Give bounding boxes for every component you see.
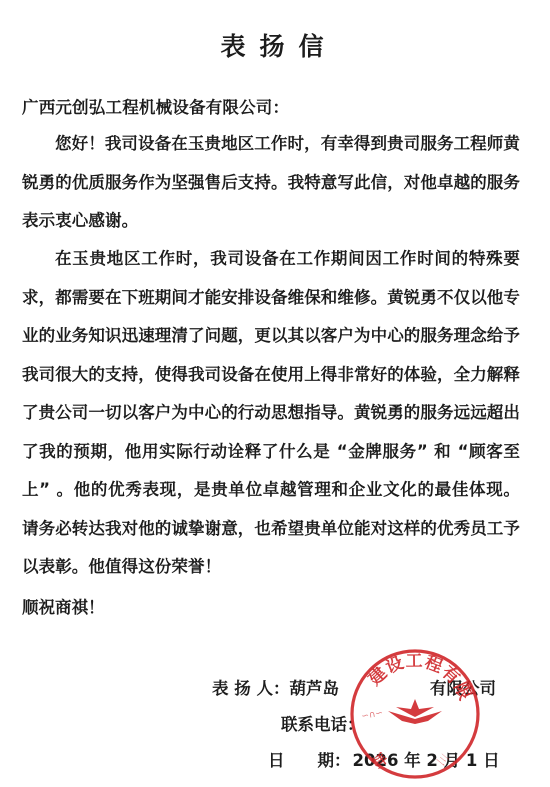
signature-praiser: 表 扬 人：葫芦岛 [212,678,339,700]
phone-label: 联系电话： [281,715,364,734]
date-label: 日 期： [268,751,351,770]
letter-title: 表扬信 [0,30,550,64]
closing-greeting: 顺祝商祺！ [22,597,105,619]
signature-phone: 联系电话： [281,714,364,736]
praiser-company-end: 有限公司 [430,678,496,700]
paragraph-1: 您好！我司设备在玉贵地区工作时，有幸得到贵司服务工程师黄锐勇的优质服务作为坚强售… [22,125,520,241]
praiser-label: 表 扬 人： [212,679,290,698]
signature-date: 日 期：2026 年 2 月 1 日 [268,750,500,772]
praiser-company-start: 葫芦岛 [290,679,340,698]
paragraph-2: 在玉贵地区工作时，我司设备在工作期间因工作时间的特殊要求，都需要在下班期间才能安… [22,240,520,587]
stamp-emblem-icon [388,699,442,724]
date-value: 2026 年 2 月 1 日 [353,751,500,770]
svg-text:∽∩∽: ∽∩∽ [361,708,384,722]
salutation: 广西元创弘工程机械设备有限公司： [22,97,289,119]
